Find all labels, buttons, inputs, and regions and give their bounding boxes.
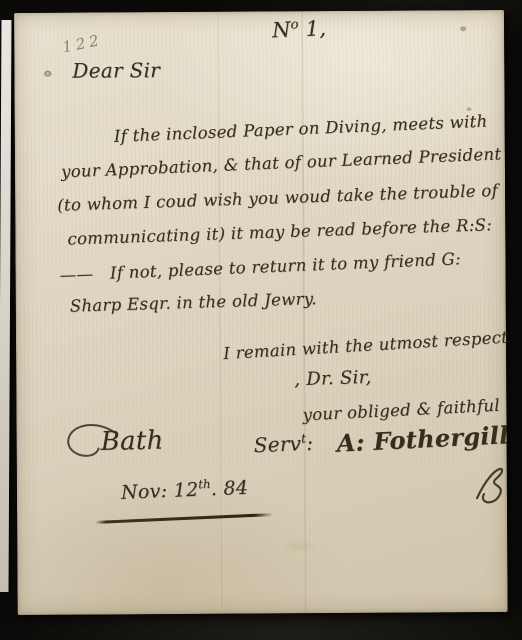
date-post: . 84 bbox=[210, 477, 248, 501]
letter-sheet: 122 No 1, Dear Sir If the inclosed Paper… bbox=[14, 10, 508, 615]
signature-prefix: Servt: bbox=[253, 430, 314, 457]
signature-prefix-pre: Serv bbox=[253, 431, 302, 457]
body-line: —— If not, please to return it to my fri… bbox=[59, 249, 461, 284]
item-number-post: 1, bbox=[298, 16, 327, 41]
paper-crease bbox=[217, 12, 223, 614]
foxing-spot bbox=[467, 107, 472, 111]
date-underline-flourish bbox=[95, 513, 273, 524]
body-line: (to whom I coud wish you woud take the t… bbox=[57, 181, 498, 215]
body-line: your Approbation, & that of our Learned … bbox=[61, 144, 502, 181]
body-line: Sharp Esqr. in the old Jewry. bbox=[70, 289, 317, 316]
date-superscript: th bbox=[198, 477, 211, 491]
closing-line: I remain with the utmost respect bbox=[223, 328, 509, 364]
paper-crease bbox=[301, 11, 307, 613]
paper-speck bbox=[44, 71, 51, 77]
underlying-page-edge bbox=[0, 20, 11, 592]
body-line: communicating it) it may be read before … bbox=[67, 215, 492, 248]
salutation: Dear Sir bbox=[72, 58, 160, 83]
item-number-pre: N bbox=[272, 18, 292, 43]
stain bbox=[279, 539, 319, 553]
signature-prefix-post: : bbox=[306, 431, 314, 455]
closing-line: your obliged & faithful bbox=[302, 396, 500, 425]
foxing-spot bbox=[460, 26, 466, 31]
item-number-heading: No 1, bbox=[272, 16, 327, 42]
signature-paraph-flourish bbox=[469, 456, 515, 506]
date-line: Nov: 12th. 84 bbox=[120, 475, 248, 504]
place-name: Bath bbox=[100, 426, 164, 457]
archival-pencil-number: 122 bbox=[61, 31, 104, 57]
photograph-frame: 122 No 1, Dear Sir If the inclosed Paper… bbox=[0, 0, 522, 640]
closing-line: , Dr. Sir, bbox=[294, 367, 372, 390]
signature: A: Fothergill bbox=[336, 420, 509, 458]
date-pre: Nov: 12 bbox=[121, 479, 199, 504]
